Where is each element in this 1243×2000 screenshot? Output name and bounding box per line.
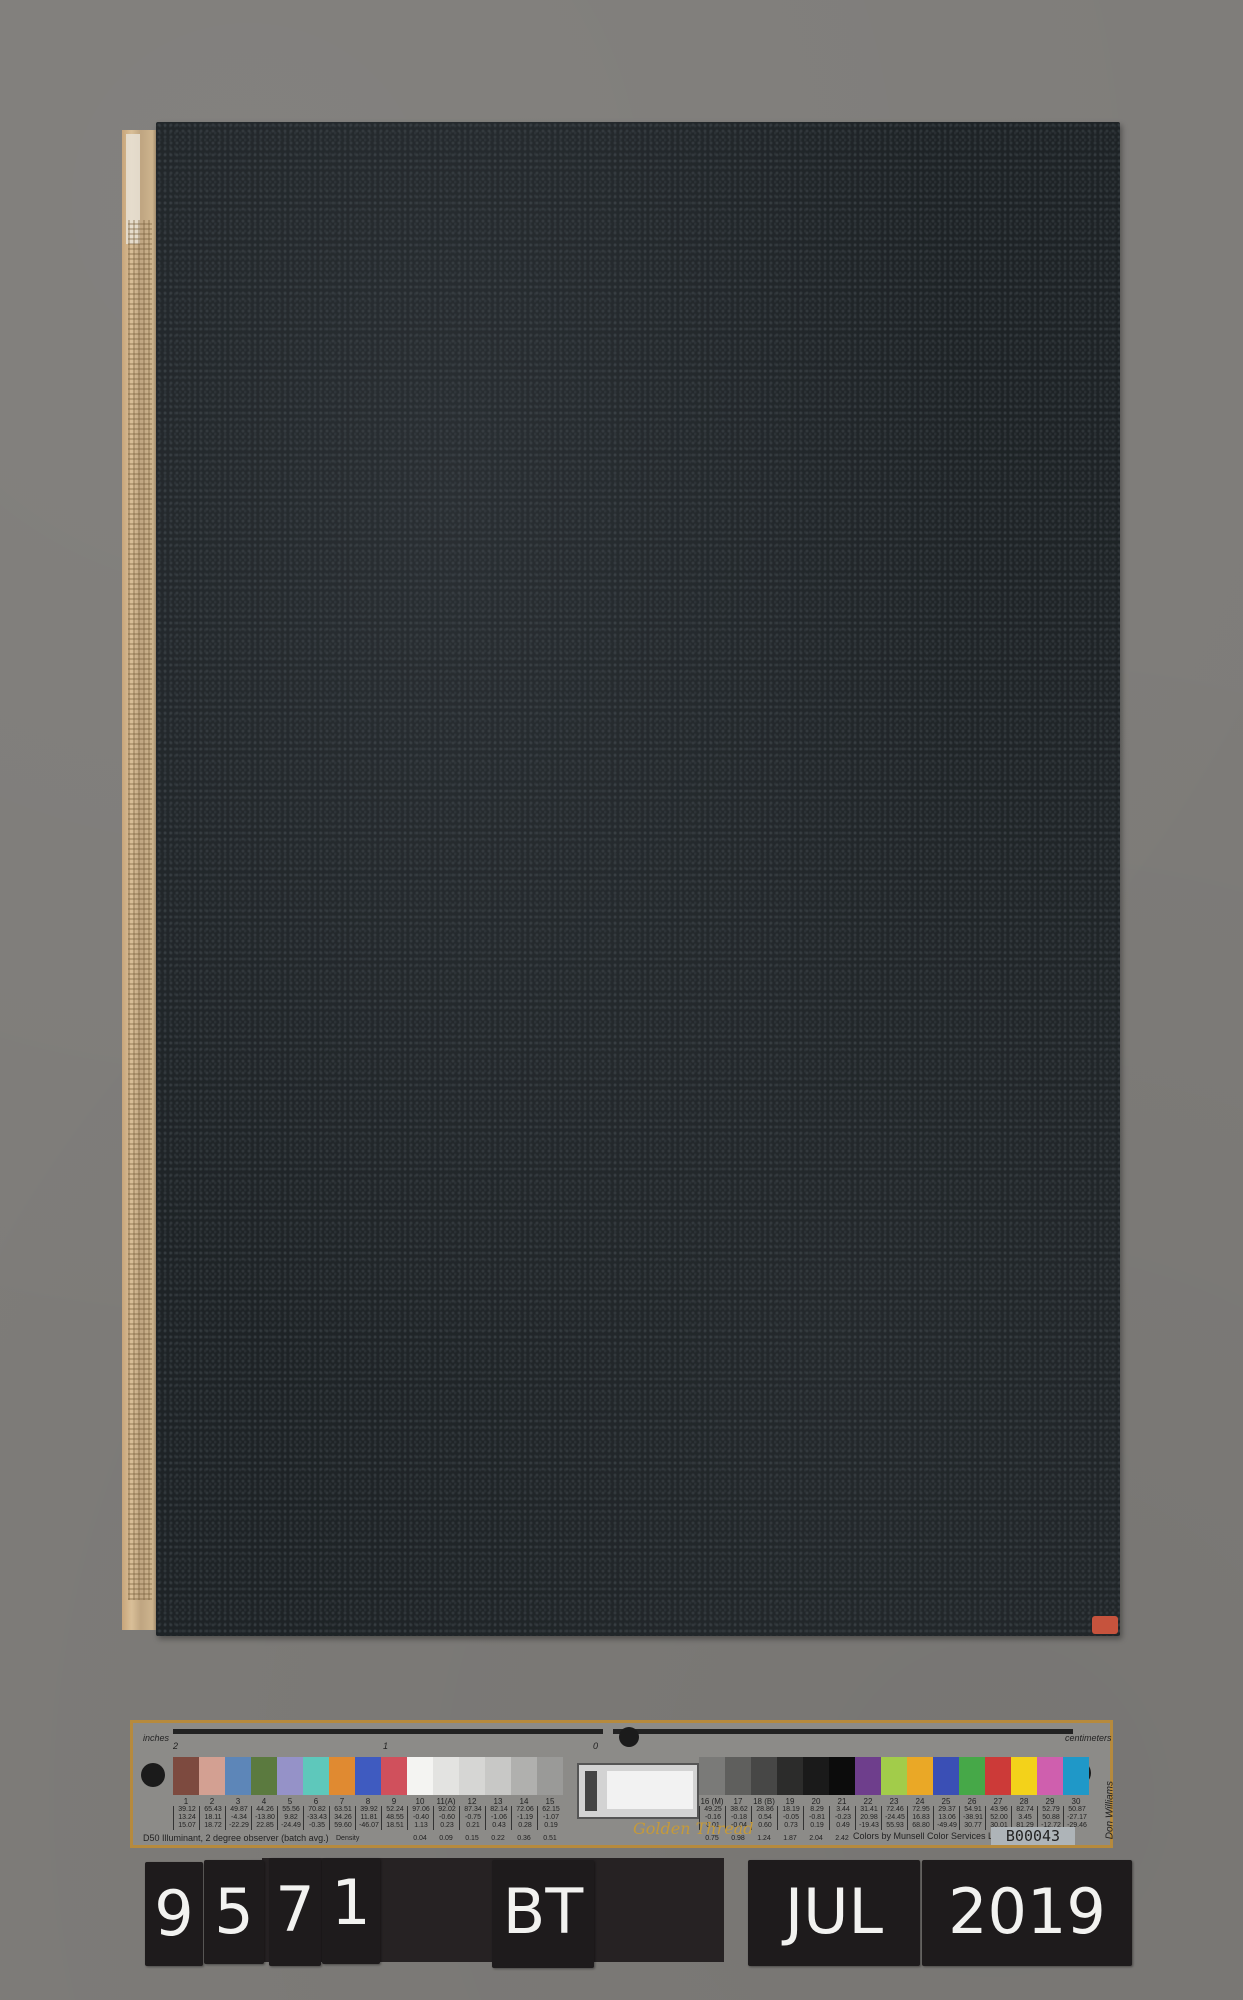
patch-number: 21	[829, 1797, 855, 1806]
color-patch	[751, 1757, 777, 1795]
density-value: 2.42	[829, 1835, 855, 1842]
lab-b-value: 18.51	[382, 1822, 408, 1830]
color-patch	[803, 1757, 829, 1795]
lab-a-value: 34.26	[330, 1814, 356, 1822]
lab-a-value: 50.88	[1038, 1814, 1064, 1822]
density-value: 0.51	[537, 1835, 563, 1842]
density-value: 0.04	[407, 1835, 433, 1842]
color-patch	[433, 1757, 459, 1795]
patch-number: 30	[1063, 1797, 1089, 1806]
lab-a-value: -0.40	[408, 1814, 434, 1822]
lab-l-value: 18.19	[778, 1806, 804, 1814]
lab-l-value: 82.14	[486, 1806, 512, 1814]
lab-l-value: 70.82	[304, 1806, 330, 1814]
color-calibration-card: inches centimeters 2 1 0 139.1213.2415.0…	[130, 1720, 1113, 1848]
lab-values: 82.14-1.060.43	[485, 1806, 512, 1830]
patch-number: 12	[459, 1797, 485, 1806]
patch-number: 19	[777, 1797, 803, 1806]
lab-values: 28.860.540.60	[751, 1806, 778, 1830]
corner-damage-mark	[1092, 1616, 1118, 1634]
lab-l-value: 43.96	[986, 1806, 1012, 1814]
lab-b-value: 18.72	[200, 1822, 226, 1830]
density-value: 1.24	[751, 1835, 777, 1842]
lab-l-value: 54.91	[960, 1806, 986, 1814]
lab-values: 70.82-33.43-0.35	[303, 1806, 330, 1830]
signature: Don Williams	[1104, 1781, 1115, 1839]
card-hole-center	[619, 1727, 639, 1747]
lab-l-value: 3.44	[830, 1806, 856, 1814]
lab-b-value: -24.49	[278, 1822, 304, 1830]
lab-values: 39.1213.2415.07	[173, 1806, 200, 1830]
lab-a-value: -1.19	[512, 1814, 538, 1822]
lab-b-value: 15.07	[174, 1822, 200, 1830]
lab-l-value: 63.51	[330, 1806, 356, 1814]
lab-values: 62.15-1.070.19	[537, 1806, 564, 1830]
lab-a-value: 11.81	[356, 1814, 382, 1822]
lab-l-value: 87.34	[460, 1806, 486, 1814]
lab-l-value: 29.37	[934, 1806, 960, 1814]
density-value: 0.22	[485, 1835, 511, 1842]
lab-a-value: 20.98	[856, 1814, 882, 1822]
lab-a-value: 52.00	[986, 1814, 1012, 1822]
patch-number: 17	[725, 1797, 751, 1806]
lab-values: 29.3713.06-49.49	[933, 1806, 960, 1830]
lab-values: 97.06-0.401.13	[407, 1806, 434, 1830]
color-patch	[777, 1757, 803, 1795]
color-patch	[725, 1757, 751, 1795]
patch-number: 2	[199, 1797, 225, 1806]
color-patch	[225, 1757, 251, 1795]
leather-grain	[156, 122, 1120, 1636]
lab-b-value: 0.19	[538, 1822, 564, 1830]
patch-number: 25	[933, 1797, 959, 1806]
patch-number: 8	[355, 1797, 381, 1806]
color-patch	[355, 1757, 381, 1795]
lab-a-value: -4.34	[226, 1814, 252, 1822]
color-patch	[985, 1757, 1011, 1795]
color-patch	[959, 1757, 985, 1795]
lab-a-value: -0.05	[778, 1814, 804, 1822]
patch-number: 6	[303, 1797, 329, 1806]
lab-values: 49.87-4.34-22.29	[225, 1806, 252, 1830]
inch-tick: 0	[593, 1741, 598, 1751]
lab-a-value: -1.06	[486, 1814, 512, 1822]
card-id-label: B00043	[991, 1827, 1075, 1845]
patch-number: 11(A)	[433, 1797, 459, 1806]
patch-number: 27	[985, 1797, 1011, 1806]
patch-number: 7	[329, 1797, 355, 1806]
lab-l-value: 39.12	[174, 1806, 200, 1814]
lab-a-value: 13.06	[934, 1814, 960, 1822]
patch-number: 16 (M)	[699, 1797, 725, 1806]
tile-month: JUL	[748, 1860, 920, 1966]
inch-ruler-bar	[173, 1729, 603, 1734]
lab-b-value: 0.19	[804, 1822, 830, 1830]
lab-l-value: 72.06	[512, 1806, 538, 1814]
lab-a-value: -13.80	[252, 1814, 278, 1822]
book-spine	[122, 130, 160, 1630]
lab-b-value: -22.29	[226, 1822, 252, 1830]
color-patch	[277, 1757, 303, 1795]
lab-b-value: 0.49	[830, 1822, 856, 1830]
brand-logo: Golden Thread	[633, 1819, 754, 1838]
color-patch	[199, 1757, 225, 1795]
lab-l-value: 92.02	[434, 1806, 460, 1814]
color-patch	[933, 1757, 959, 1795]
patch-number: 13	[485, 1797, 511, 1806]
spine-mesh-lining	[128, 220, 152, 1600]
color-patch	[251, 1757, 277, 1795]
tile-digit: 5	[204, 1860, 264, 1964]
inches-label: inches	[143, 1733, 169, 1743]
color-patch	[907, 1757, 933, 1795]
lab-l-value: 49.25	[700, 1806, 726, 1814]
lab-l-value: 44.26	[252, 1806, 278, 1814]
lab-values: 63.5134.2659.60	[329, 1806, 356, 1830]
lab-b-value: 55.93	[882, 1822, 908, 1830]
density-value: 0.15	[459, 1835, 485, 1842]
inch-tick: 1	[383, 1741, 388, 1751]
color-patch	[407, 1757, 433, 1795]
patch-number: 15	[537, 1797, 563, 1806]
lab-a-value: 18.11	[200, 1814, 226, 1822]
lab-l-value: 55.56	[278, 1806, 304, 1814]
patch-number: 10	[407, 1797, 433, 1806]
patch-number: 5	[277, 1797, 303, 1806]
lab-a-value: -1.07	[538, 1814, 564, 1822]
patch-number: 4	[251, 1797, 277, 1806]
color-patch	[881, 1757, 907, 1795]
lab-l-value: 31.41	[856, 1806, 882, 1814]
lab-a-value: 9.82	[278, 1814, 304, 1822]
lab-values: 52.2448.5518.51	[381, 1806, 408, 1830]
lab-l-value: 97.06	[408, 1806, 434, 1814]
lab-l-value: 8.29	[804, 1806, 830, 1814]
lab-a-value: 16.83	[908, 1814, 934, 1822]
patch-number: 22	[855, 1797, 881, 1806]
lab-values: 44.26-13.8022.85	[251, 1806, 278, 1830]
color-patches-group-2	[699, 1757, 1089, 1795]
lab-a-value: -38.91	[960, 1814, 986, 1822]
patch-number: 14	[511, 1797, 537, 1806]
color-patch	[537, 1757, 563, 1795]
lab-values: 87.34-0.750.21	[459, 1806, 486, 1830]
card-hole-left	[141, 1763, 165, 1787]
lab-l-value: 72.95	[908, 1806, 934, 1814]
color-patch	[511, 1757, 537, 1795]
density-value: 1.87	[777, 1835, 803, 1842]
color-patch	[1063, 1757, 1089, 1795]
lab-b-value: 0.21	[460, 1822, 486, 1830]
lab-b-value: 68.80	[908, 1822, 934, 1830]
patch-number: 24	[907, 1797, 933, 1806]
target-gray-bar	[585, 1771, 597, 1811]
book-cover	[156, 122, 1120, 1636]
lab-b-value: 0.43	[486, 1822, 512, 1830]
resolution-target	[577, 1763, 699, 1819]
patch-number: 28	[1011, 1797, 1037, 1806]
patch-number: 26	[959, 1797, 985, 1806]
patch-number: 3	[225, 1797, 251, 1806]
lab-b-value: -19.43	[856, 1822, 882, 1830]
lab-l-value: 38.62	[726, 1806, 752, 1814]
cm-ruler-bar	[613, 1729, 1073, 1734]
lab-b-value: 1.13	[408, 1822, 434, 1830]
tile-code: BT	[492, 1860, 594, 1968]
lab-b-value: 0.60	[752, 1822, 778, 1830]
color-patch	[485, 1757, 511, 1795]
density-value: 0.36	[511, 1835, 537, 1842]
lab-values: 39.9211.81-46.07	[355, 1806, 382, 1830]
lab-l-value: 62.15	[538, 1806, 564, 1814]
lab-values: 3.44-0.230.49	[829, 1806, 856, 1830]
lab-values: 72.46-24.4555.93	[881, 1806, 908, 1830]
lab-b-value: 0.23	[434, 1822, 460, 1830]
patch-number: 20	[803, 1797, 829, 1806]
centimeters-label: centimeters	[1065, 1733, 1112, 1743]
lab-l-value: 39.92	[356, 1806, 382, 1814]
lab-l-value: 72.46	[882, 1806, 908, 1814]
lab-l-value: 28.86	[752, 1806, 778, 1814]
lab-a-value: 3.45	[1012, 1814, 1038, 1822]
inch-tick: 2	[173, 1741, 178, 1751]
tile-digit: 7	[269, 1858, 321, 1966]
density-value: 2.04	[803, 1835, 829, 1842]
lab-a-value: -33.43	[304, 1814, 330, 1822]
lab-a-value: 48.55	[382, 1814, 408, 1822]
density-label: Density	[336, 1835, 359, 1842]
lab-b-value: -0.35	[304, 1822, 330, 1830]
tile-digit: 9	[145, 1862, 203, 1966]
illuminant-text: D50 Illuminant, 2 degree observer (batch…	[143, 1833, 329, 1843]
lab-a-value: -27.17	[1064, 1814, 1090, 1822]
tile-digit: 1	[322, 1858, 380, 1964]
lab-l-value: 52.79	[1038, 1806, 1064, 1814]
lab-b-value: 22.85	[252, 1822, 278, 1830]
color-patches-group-1	[173, 1757, 563, 1795]
patch-number: 29	[1037, 1797, 1063, 1806]
color-patch	[173, 1757, 199, 1795]
lab-a-value: -0.60	[434, 1814, 460, 1822]
lab-b-value: 59.60	[330, 1822, 356, 1830]
lab-a-value: -0.75	[460, 1814, 486, 1822]
lab-values: 8.29-0.810.19	[803, 1806, 830, 1830]
lab-a-value: -0.81	[804, 1814, 830, 1822]
patch-number: 18 (B)	[751, 1797, 777, 1806]
density-value: 0.09	[433, 1835, 459, 1842]
target-white-area	[607, 1771, 693, 1809]
munsell-credit: Colors by Munsell Color Services Lab	[853, 1831, 1003, 1841]
lab-b-value: 30.77	[960, 1822, 986, 1830]
lab-values: 55.569.82-24.49	[277, 1806, 304, 1830]
color-patch	[459, 1757, 485, 1795]
lab-l-value: 50.87	[1064, 1806, 1090, 1814]
color-patch	[699, 1757, 725, 1795]
color-patch	[1037, 1757, 1063, 1795]
color-patch	[329, 1757, 355, 1795]
lab-b-value: -49.49	[934, 1822, 960, 1830]
patch-number: 23	[881, 1797, 907, 1806]
lab-b-value: -46.07	[356, 1822, 382, 1830]
lab-values: 72.9516.8368.80	[907, 1806, 934, 1830]
lab-l-value: 65.43	[200, 1806, 226, 1814]
lab-b-value: 0.73	[778, 1822, 804, 1830]
lab-a-value: -24.45	[882, 1814, 908, 1822]
patch-number: 1	[173, 1797, 199, 1806]
lab-l-value: 49.87	[226, 1806, 252, 1814]
color-patch	[855, 1757, 881, 1795]
lab-l-value: 52.24	[382, 1806, 408, 1814]
lab-values: 31.4120.98-19.43	[855, 1806, 882, 1830]
color-patch	[303, 1757, 329, 1795]
lab-values: 54.91-38.9130.77	[959, 1806, 986, 1830]
lab-values: 72.06-1.190.28	[511, 1806, 538, 1830]
book	[122, 122, 1120, 1636]
color-patch	[829, 1757, 855, 1795]
lab-values: 18.19-0.050.73	[777, 1806, 804, 1830]
lab-b-value: 0.28	[512, 1822, 538, 1830]
lab-a-value: 13.24	[174, 1814, 200, 1822]
tile-year: 2019	[922, 1860, 1132, 1966]
lab-values: 92.02-0.600.23	[433, 1806, 460, 1830]
color-patch	[381, 1757, 407, 1795]
color-patch	[1011, 1757, 1037, 1795]
lab-l-value: 82.74	[1012, 1806, 1038, 1814]
lab-values: 65.4318.1118.72	[199, 1806, 226, 1830]
lab-a-value: -0.23	[830, 1814, 856, 1822]
lab-a-value: 0.54	[752, 1814, 778, 1822]
patch-number: 9	[381, 1797, 407, 1806]
